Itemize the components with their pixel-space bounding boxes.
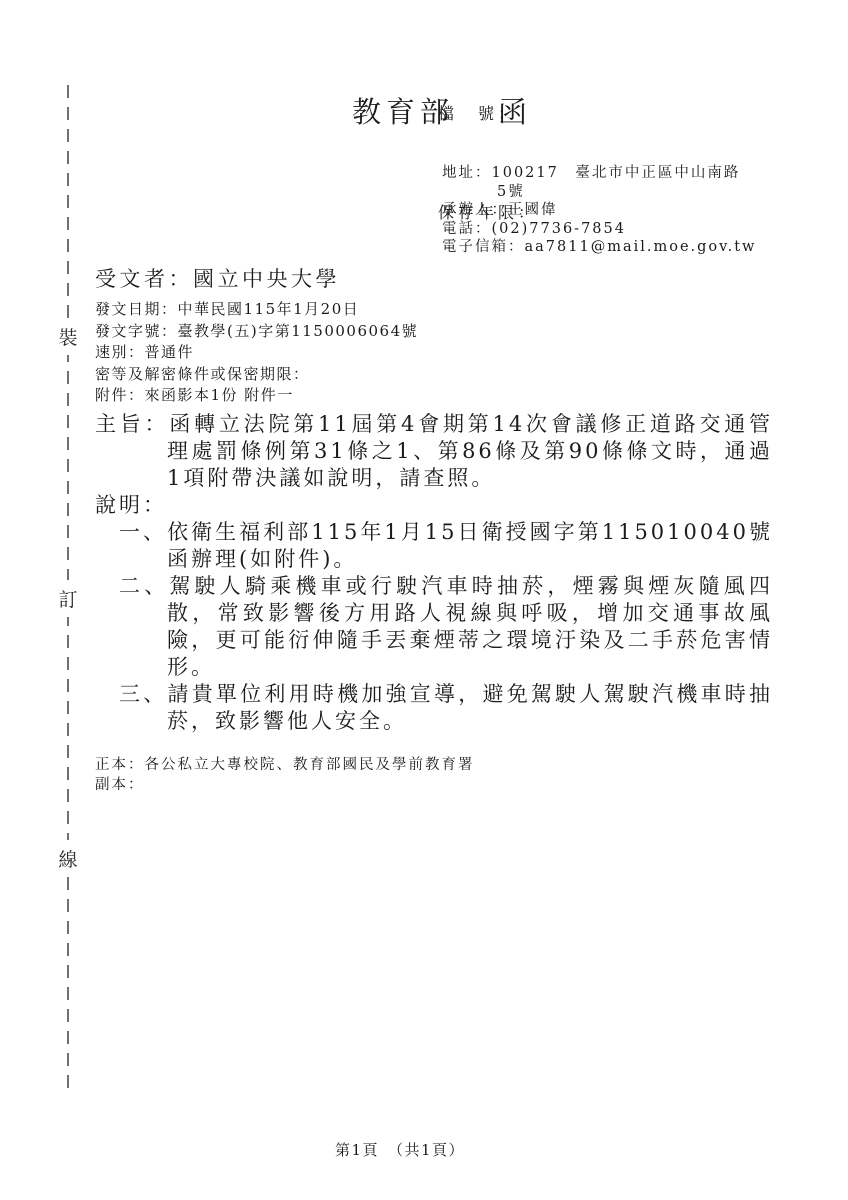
description-label: 說明： [95,492,773,519]
sender-address-line1: 地址：100217 臺北市中正區中山南路 [442,164,756,183]
issuing-agency: 教育部 [352,90,454,131]
speed-row: 速別：普通件 [95,342,418,364]
item-text: 駕駛人騎乘機車或行駛汽車時抽菸，煙霧與煙灰隨風四散，常致影響後方用路人視線與呼吸… [167,574,773,679]
item-number: 二、 [119,574,169,598]
item-number: 三、 [119,682,167,706]
binding-char-ding: 訂 [56,580,80,617]
copy-recipients-row: 副本： [95,776,475,796]
recipient-line: 受文者：國立中央大學 [95,263,340,293]
document-meta: 發文日期：中華民國115年1月20日 發文字號：臺教學(五)字第11500060… [95,299,418,407]
doc-number-row: 發文字號：臺教學(五)字第1150006064號 [95,321,418,343]
subject-text: 函轉立法院第11屆第4會期第14次會議修正道路交通管理處罰條例第31條之1、第8… [167,412,773,490]
subject-paragraph: 主旨：函轉立法院第11屆第4會期第14次會議修正道路交通管理處罰條例第31條之1… [95,411,773,492]
sender-phone: 電話：(02)7736-7854 [442,220,756,239]
security-row: 密等及解密條件或保密期限： [95,364,418,386]
document-title: 教育部 函 [352,90,527,131]
item-text: 依衛生福利部115年1月15日衛授國字第115010040號函辦理(如附件)。 [167,520,773,571]
page-number-footer: 第1頁 （共1頁） [0,1139,800,1160]
issue-date-row: 發文日期：中華民國115年1月20日 [95,299,418,321]
binding-char-zhuang: 裝 [56,318,80,355]
attachment-row: 附件：來函影本1份 附件一 [95,385,418,407]
item-number: 一、 [119,520,167,544]
distribution-block: 正本：各公私立大專校院、教育部國民及學前教育署 副本： [95,756,475,795]
sender-contact-person: 承辦人：王國偉 [442,201,756,220]
sender-contact-block: 地址：100217 臺北市中正區中山南路 5號 承辦人：王國偉 電話：(02)7… [442,164,756,257]
description-item-1: 一、依衛生福利部115年1月15日衛授國字第115010040號函辦理(如附件)… [95,519,773,573]
item-text: 請貴單位利用時機加強宣導，避免駕駛人駕駛汽機車時抽菸，致影響他人安全。 [167,682,773,733]
original-recipients-row: 正本：各公私立大專校院、教育部國民及學前教育署 [95,756,475,776]
binding-char-xian: 線 [56,840,80,877]
description-item-3: 三、請貴單位利用時機加強宣導，避免駕駛人駕駛汽機車時抽菸，致影響他人安全。 [95,681,773,735]
document-type: 函 [498,90,527,131]
subject-label: 主旨： [95,412,169,436]
letter-body: 主旨：函轉立法院第11屆第4會期第14次會議修正道路交通管理處罰條例第31條之1… [95,411,773,735]
sender-address-line2: 5號 [442,183,756,202]
sender-email: 電子信箱：aa7811@mail.moe.gov.tw [442,238,756,257]
official-letter-page: 裝 訂 線 檔 號： 保存年限： 教育部 函 地址：100217 臺北市中正區中… [0,0,848,1200]
description-item-2: 二、駕駛人騎乘機車或行駛汽車時抽菸，煙霧與煙灰隨風四散，常致影響後方用路人視線與… [95,573,773,681]
